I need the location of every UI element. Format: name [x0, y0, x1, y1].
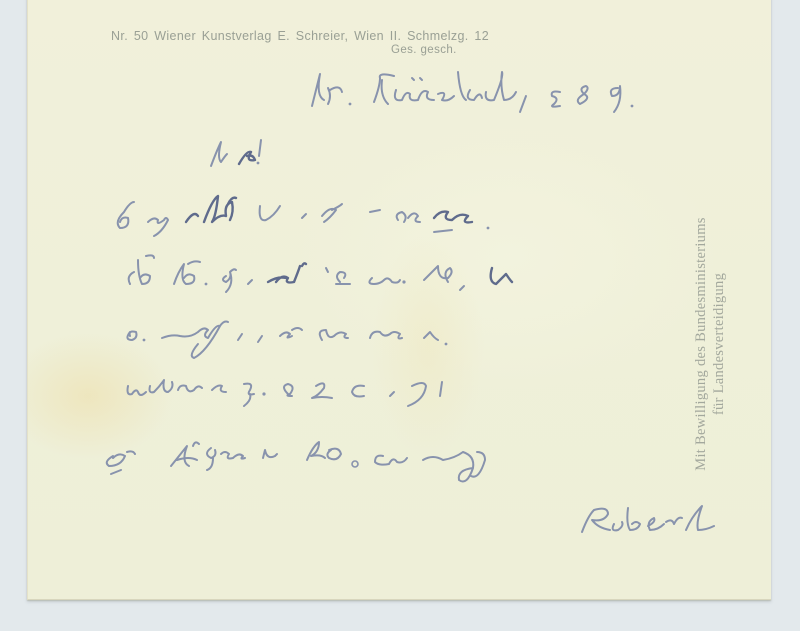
- handwritten-place-date: Wr. Neustadt, 28 9.: [298, 66, 738, 126]
- shorthand-line-1: 6 ej Wtr v - x - xe.: [108, 176, 688, 236]
- vertical-imprint-line2: für Landesverteidigung: [710, 204, 728, 484]
- publisher-imprint: Nr. 50 Wiener Kunstverlag E. Schreier, W…: [111, 29, 701, 43]
- shorthand-line-3: e, ~g r, 1 r c n n.: [108, 296, 688, 366]
- vertical-approval-imprint: Mit Bewilligung des Bundesministeriums f…: [692, 204, 728, 484]
- postcard: Nr. 50 Wiener Kunstverlag E. Schreier, W…: [27, 0, 771, 600]
- protection-note: Ges. gesch.: [391, 44, 457, 56]
- shorthand-line-2: ib D. 9, wt 'Sc. k, h: [108, 236, 688, 296]
- shorthand-line-5: e A Gue b 20 e cu ~ss: [93, 416, 693, 496]
- vertical-imprint-line1: Mit Bewilligung des Bundesministeriums: [692, 204, 710, 484]
- signature: Robert: [568, 486, 748, 546]
- handwritten-salutation: Ma!: [203, 126, 283, 176]
- shorthand-line-4: unwunz. e 2 e, )S: [108, 356, 688, 426]
